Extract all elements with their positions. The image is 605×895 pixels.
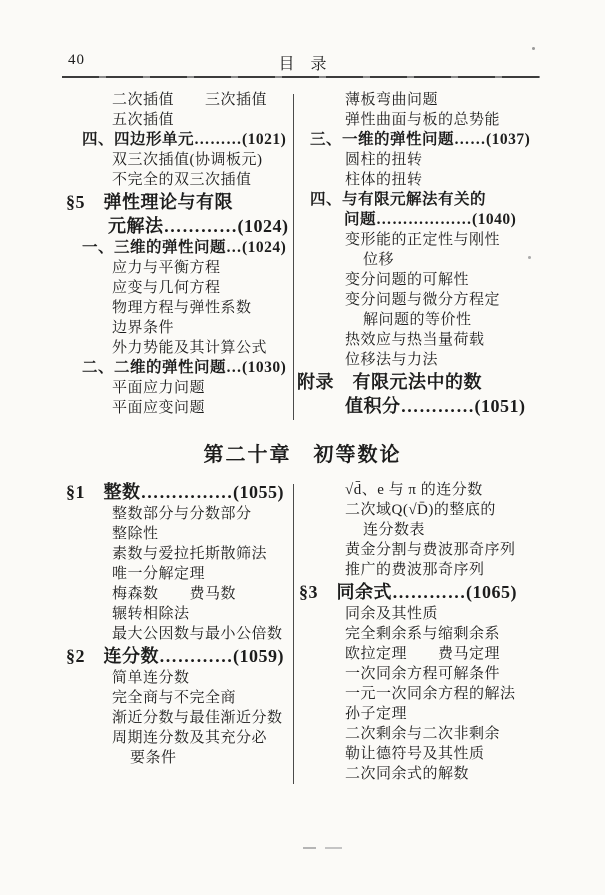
toc-line: 平面应力问题 [64, 378, 292, 398]
toc-line: 推广的费波那奇序列 [297, 560, 545, 580]
toc-line: 双三次插值(协调板元) [64, 150, 292, 170]
toc-line: 附录 有限元法中的数 [297, 370, 545, 394]
chapter-title: 第二十章 初等数论 [0, 438, 605, 467]
toc-line: 圆柱的扭转 [297, 150, 545, 170]
scanned-toc-page: 40 目 录 二次插值 三次插值五次插值四、四边形单元………(1021)双三次插… [0, 0, 605, 895]
toc-line: 边界条件 [64, 318, 292, 338]
toc-line: 辗转相除法 [64, 604, 292, 624]
toc-line: 外力势能及其计算公式 [64, 338, 292, 358]
toc-line: 欧拉定理 费马定理 [297, 644, 545, 664]
toc-line: 二、二维的弹性问题…(1030) [64, 358, 292, 378]
toc-line: 问题………………(1040) [297, 210, 545, 230]
toc-line: 三、一维的弹性问题……(1037) [297, 130, 545, 150]
page-header-title: 目 录 [0, 51, 605, 74]
toc-line: 变分问题与微分方程定 [297, 290, 545, 310]
toc-line: §3 同余式…………(1065) [297, 580, 545, 604]
toc-line: 四、四边形单元………(1021) [64, 130, 292, 150]
toc-line: 要条件 [64, 748, 292, 768]
toc-line: 一次同余方程可解条件 [297, 664, 545, 684]
toc-line: 平面应变问题 [64, 398, 292, 418]
toc-line: 整数部分与分数部分 [64, 504, 292, 524]
column-divider-bottom [293, 484, 294, 784]
toc-line: 解问题的等价性 [297, 310, 545, 330]
toc-line: 值积分…………(1051) [297, 394, 545, 418]
toc-line: 孙子定理 [297, 704, 545, 724]
toc-line: 勒让德符号及其性质 [297, 744, 545, 764]
toc-line: 热效应与热当量荷载 [297, 330, 545, 350]
toc-line: 四、与有限元解法有关的 [297, 190, 545, 210]
toc-line: 完全剩余系与缩剩余系 [297, 624, 545, 644]
toc-top-right-column: 薄板弯曲问题弹性曲面与板的总势能三、一维的弹性问题……(1037)圆柱的扭转柱体… [297, 90, 545, 418]
toc-line: 物理方程与弹性系数 [64, 298, 292, 318]
toc-line: 完全商与不完全商 [64, 688, 292, 708]
toc-line: 素数与爱拉托斯散筛法 [64, 544, 292, 564]
toc-line: 一、三维的弹性问题…(1024) [64, 238, 292, 258]
toc-line: 变形能的正定性与刚性 [297, 230, 545, 250]
scan-speck [528, 256, 531, 259]
toc-line: 二次同余式的解数 [297, 764, 545, 784]
toc-line: 周期连分数及其充分必 [64, 728, 292, 748]
toc-line: 黄金分割与费波那奇序列 [297, 540, 545, 560]
toc-line: 五次插值 [64, 110, 292, 130]
toc-line: 最大公因数与最小公倍数 [64, 624, 292, 644]
toc-line: 二次插值 三次插值 [64, 90, 292, 110]
toc-line: 二次域Q(√D̄)的整底的 [297, 500, 545, 520]
toc-line: 渐近分数与最佳渐近分数 [64, 708, 292, 728]
toc-bottom-right-column: √d̄、e 与 π 的连分数二次域Q(√D̄)的整底的连分数表黄金分割与费波那奇… [297, 480, 545, 784]
column-divider-top [293, 94, 294, 420]
toc-line: 不完全的双三次插值 [64, 170, 292, 190]
toc-line: §1 整数……………(1055) [64, 480, 292, 504]
scan-smudge [325, 847, 342, 849]
toc-line: 柱体的扭转 [297, 170, 545, 190]
toc-line: §5 弹性理论与有限 [64, 190, 292, 214]
toc-line: 变分问题的可解性 [297, 270, 545, 290]
toc-top-left-column: 二次插值 三次插值五次插值四、四边形单元………(1021)双三次插值(协调板元)… [64, 90, 292, 418]
scan-smudge [303, 847, 316, 849]
toc-line: 梅森数 费马数 [64, 584, 292, 604]
toc-line: 薄板弯曲问题 [297, 90, 545, 110]
toc-line: √d̄、e 与 π 的连分数 [297, 480, 545, 500]
toc-line: 一元一次同余方程的解法 [297, 684, 545, 704]
toc-line: §2 连分数…………(1059) [64, 644, 292, 668]
scan-speck [532, 47, 535, 50]
toc-line: 连分数表 [297, 520, 545, 540]
toc-line: 应力与平衡方程 [64, 258, 292, 278]
toc-line: 元解法…………(1024) [64, 214, 292, 238]
toc-line: 应变与几何方程 [64, 278, 292, 298]
toc-line: 同余及其性质 [297, 604, 545, 624]
toc-line: 唯一分解定理 [64, 564, 292, 584]
toc-line: 简单连分数 [64, 668, 292, 688]
toc-bottom-left-column: §1 整数……………(1055)整数部分与分数部分整除性素数与爱拉托斯散筛法唯一… [64, 480, 292, 768]
toc-line: 位移 [297, 250, 545, 270]
toc-line: 弹性曲面与板的总势能 [297, 110, 545, 130]
toc-line: 二次剩余与二次非剩余 [297, 724, 545, 744]
toc-line: 位移法与力法 [297, 350, 545, 370]
toc-line: 整除性 [64, 524, 292, 544]
header-rule [62, 76, 540, 78]
